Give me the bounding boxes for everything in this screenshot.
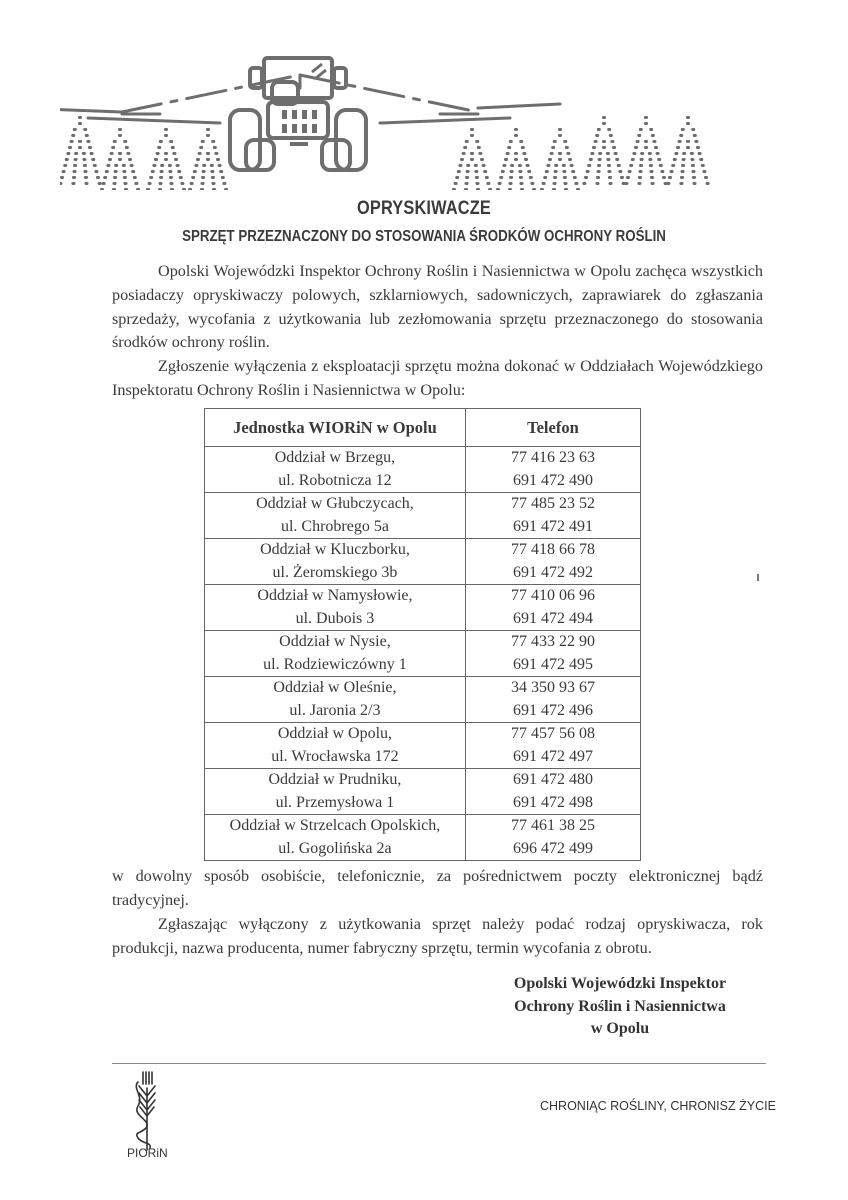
table-row: Oddział w Nysie,ul. Rodziewiczówny 177 4…: [205, 631, 641, 677]
branch-name: Oddział w Strzelcach Opolskich,: [205, 815, 465, 838]
phone-number: 691 472 492: [466, 562, 640, 585]
signature-block: Opolski Wojewódzki Inspektor Ochrony Roś…: [470, 973, 770, 1041]
branch-cell: Oddział w Głubczycach,ul. Chrobrego 5a: [205, 493, 466, 539]
phone-cell: 691 472 480691 472 498: [465, 769, 640, 815]
phone-number: 691 472 480: [466, 769, 640, 792]
phone-number: 691 472 498: [466, 792, 640, 815]
branch-address: ul. Żeromskiego 3b: [205, 562, 465, 585]
phone-number: 77 461 38 25: [466, 815, 640, 838]
sprayer-tractor-icon: [60, 40, 790, 190]
table-row: Oddział w Namysłowie,ul. Dubois 377 410 …: [205, 585, 641, 631]
phone-number: 34 350 93 67: [466, 677, 640, 700]
phone-cell: 77 418 66 78691 472 492: [465, 539, 640, 585]
phone-number: 77 485 23 52: [466, 493, 640, 516]
phone-number: 77 457 56 08: [466, 723, 640, 746]
branch-address: ul. Gogolińska 2a: [205, 838, 465, 861]
phone-cell: 77 416 23 63691 472 490: [465, 447, 640, 493]
table-row: Oddział w Opolu,ul. Wrocławska 17277 457…: [205, 723, 641, 769]
phone-number: 691 472 490: [466, 470, 640, 493]
signature-line: Ochrony Roślin i Nasiennictwa: [470, 996, 770, 1019]
phone-cell: 77 485 23 52691 472 491: [465, 493, 640, 539]
phone-cell: 77 433 22 90691 472 495: [465, 631, 640, 677]
branch-name: Oddział w Prudniku,: [205, 769, 465, 792]
table-row: Oddział w Oleśnie,ul. Jaronia 2/334 350 …: [205, 677, 641, 723]
table-row: Oddział w Prudniku,ul. Przemysłowa 1691 …: [205, 769, 641, 815]
contact-methods-paragraph: w dowolny sposób osobiście, telefoniczni…: [112, 865, 763, 913]
phone-number: 691 472 497: [466, 746, 640, 769]
signature-line: Opolski Wojewódzki Inspektor: [470, 973, 770, 996]
branch-address: ul. Dubois 3: [205, 608, 465, 631]
column-header-phone: Telefon: [465, 409, 640, 447]
footer-motto: CHRONIĄC ROŚLINY, CHRONISZ ŻYCIE: [540, 1099, 776, 1113]
branch-cell: Oddział w Opolu,ul. Wrocławska 172: [205, 723, 466, 769]
footer-divider: [112, 1063, 766, 1064]
branch-address: ul. Robotnicza 12: [205, 470, 465, 493]
document-subtitle: SPRZĘT PRZEZNACZONY DO STOSOWANIA ŚRODKÓ…: [59, 228, 788, 246]
branch-cell: Oddział w Namysłowie,ul. Dubois 3: [205, 585, 466, 631]
phone-cell: 34 350 93 67691 472 496: [465, 677, 640, 723]
branch-name: Oddział w Namysłowie,: [205, 585, 465, 608]
branch-name: Oddział w Kluczborku,: [205, 539, 465, 562]
branch-name: Oddział w Opolu,: [205, 723, 465, 746]
phone-cell: 77 461 38 25696 472 499: [465, 815, 640, 861]
phone-number: 691 472 496: [466, 700, 640, 723]
intro-paragraph: Opolski Wojewódzki Inspektor Ochrony Roś…: [112, 260, 763, 355]
branch-address: ul. Jaronia 2/3: [205, 700, 465, 723]
phone-number: 691 472 491: [466, 516, 640, 539]
branch-cell: Oddział w Prudniku,ul. Przemysłowa 1: [205, 769, 466, 815]
document-title: OPRYSKIWACZE: [59, 198, 788, 220]
branch-cell: Oddział w Oleśnie,ul. Jaronia 2/3: [205, 677, 466, 723]
required-info-paragraph: Zgłaszając wyłączony z użytkowania sprzę…: [112, 913, 763, 961]
phone-number: 77 416 23 63: [466, 447, 640, 470]
piorin-logo-text: PIORiN: [127, 1146, 168, 1160]
branch-cell: Oddział w Kluczborku,ul. Żeromskiego 3b: [205, 539, 466, 585]
phone-cell: 77 410 06 96691 472 494: [465, 585, 640, 631]
column-header-unit: Jednostka WIORiN w Opolu: [205, 409, 466, 447]
scan-speck: [757, 574, 759, 581]
table-row: Oddział w Głubczycach,ul. Chrobrego 5a77…: [205, 493, 641, 539]
branch-cell: Oddział w Nysie,ul. Rodziewiczówny 1: [205, 631, 466, 677]
table-row: Oddział w Brzegu,ul. Robotnicza 1277 416…: [205, 447, 641, 493]
phone-cell: 77 457 56 08691 472 497: [465, 723, 640, 769]
phone-number: 77 433 22 90: [466, 631, 640, 654]
branches-table: Jednostka WIORiN w Opolu Telefon Oddział…: [204, 408, 641, 861]
phone-number: 77 418 66 78: [466, 539, 640, 562]
branch-cell: Oddział w Brzegu,ul. Robotnicza 12: [205, 447, 466, 493]
branch-name: Oddział w Głubczycach,: [205, 493, 465, 516]
table-header-row: Jednostka WIORiN w Opolu Telefon: [205, 409, 641, 447]
table-row: Oddział w Strzelcach Opolskich,ul. Gogol…: [205, 815, 641, 861]
branch-address: ul. Przemysłowa 1: [205, 792, 465, 815]
branch-address: ul. Rodziewiczówny 1: [205, 654, 465, 677]
branch-address: ul. Chrobrego 5a: [205, 516, 465, 539]
branch-name: Oddział w Brzegu,: [205, 447, 465, 470]
branch-name: Oddział w Oleśnie,: [205, 677, 465, 700]
branch-address: ul. Wrocławska 172: [205, 746, 465, 769]
branches-intro-paragraph: Zgłoszenie wyłączenia z eksploatacji spr…: [112, 355, 763, 403]
phone-number: 77 410 06 96: [466, 585, 640, 608]
phone-number: 696 472 499: [466, 838, 640, 861]
branch-name: Oddział w Nysie,: [205, 631, 465, 654]
signature-line: w Opolu: [470, 1018, 770, 1041]
table-row: Oddział w Kluczborku,ul. Żeromskiego 3b7…: [205, 539, 641, 585]
phone-number: 691 472 494: [466, 608, 640, 631]
branch-cell: Oddział w Strzelcach Opolskich,ul. Gogol…: [205, 815, 466, 861]
phone-number: 691 472 495: [466, 654, 640, 677]
